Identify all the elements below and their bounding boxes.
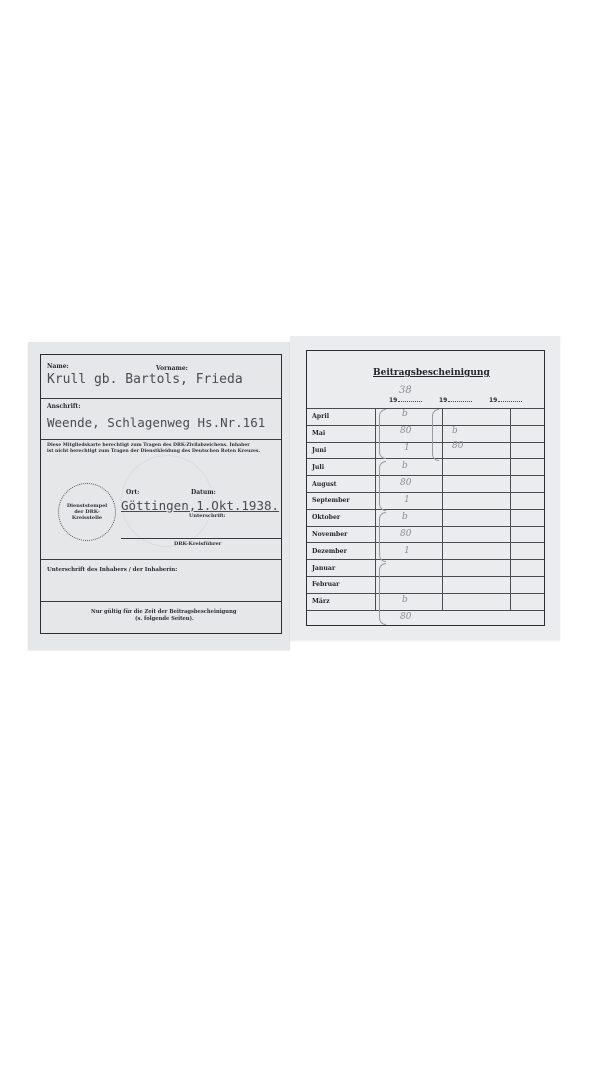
year-1-handwritten: 38 [399,385,412,396]
month-label: Dezember [307,543,375,560]
table-row: Februar [307,576,544,593]
mark: b [402,409,408,419]
col3-cell [510,409,544,426]
month-label: August [307,476,375,493]
date-label: Datum: [191,489,216,496]
table-row: Juni [307,442,544,459]
col2-cell [443,476,511,493]
mark: b [452,426,458,436]
mark: 80 [452,441,463,451]
handwritten-brace [379,512,386,562]
month-label: Mai [307,425,375,442]
month-label: Juni [307,442,375,459]
col2-cell [443,526,511,543]
holder-signature-label: Unterschrift des Inhabers / der Inhaberi… [47,567,177,573]
col2-cell [443,492,511,509]
mark: b [402,461,408,471]
col3-cell [510,509,544,526]
year-blank [398,395,422,402]
mark: 1 [404,495,410,505]
col2-cell [443,459,511,476]
col3-cell [510,526,544,543]
col3-cell [510,459,544,476]
table-row: Dezember [307,543,544,560]
month-label: März [307,593,375,610]
right-page-frame: Beitragsbescheinigung 19 38 19 19 April … [306,350,545,626]
month-label: Januar [307,560,375,577]
table-row: Mai [307,425,544,442]
year-3: 19 [489,395,522,404]
mark: b [402,595,408,605]
divider [41,559,281,560]
month-label: Februar [307,576,375,593]
table-row: Juli [307,459,544,476]
mark: b [402,512,408,522]
year-prefix: 19 [489,397,497,404]
left-page-frame: Name: Vorname: Krull gb. Bartols, Frieda… [40,354,282,634]
signature-line [121,538,281,539]
table-row: Oktober [307,509,544,526]
contribution-title: Beitragsbescheinigung [373,368,490,378]
col2-cell [443,593,511,610]
address-label: Anschrift: [47,403,80,410]
place-date-value: Göttingen,1.Okt.1938. [121,498,279,513]
official-stamp-circle: Dienststempel der DRK- Kreisstelle [58,483,116,541]
notice-line-2: ist nicht berechtigt zum Tragen der Dien… [47,449,260,455]
year-2: 19 [439,395,472,404]
col3-cell [510,543,544,560]
col3-cell [510,593,544,610]
col2-cell [443,576,511,593]
col2-cell [443,543,511,560]
table-row: Januar [307,560,544,577]
table-row: März [307,593,544,610]
year-blank [498,395,522,402]
first-name-label: Vorname: [156,365,188,372]
address-value: Weende, Schlagenweg Hs.Nr.161 [47,415,265,430]
mark: 80 [400,529,411,539]
year-prefix: 19 [439,397,447,404]
mark: 1 [404,443,410,453]
validity-line-1: Nur gültig für die Zeit der Beitragsbesc… [91,609,236,615]
place-label: Ort: [126,489,139,496]
mark: 80 [400,426,411,436]
divider [41,439,281,440]
handwritten-brace [379,461,386,511]
handwritten-brace [379,563,386,625]
name-label: Name: [47,363,69,370]
validity-line-2: (s. folgende Seiten). [135,616,194,622]
year-prefix: 19 [389,397,397,404]
signature-label: Unterschrift: [189,513,225,519]
left-page: Name: Vorname: Krull gb. Bartols, Frieda… [28,342,290,650]
col3-cell [510,476,544,493]
col3-cell [510,492,544,509]
month-label: November [307,526,375,543]
year-1: 19 [389,395,422,404]
holder-signature-line [41,601,281,602]
month-label: Oktober [307,509,375,526]
col2-cell [443,409,511,426]
table-row: September [307,492,544,509]
col3-cell [510,442,544,459]
col2-cell [443,509,511,526]
handwritten-brace [432,409,439,461]
leader-label: DRK-Kreisführer [174,541,221,547]
table-row: April [307,409,544,426]
col2-cell [443,560,511,577]
month-label: April [307,409,375,426]
col3-cell [510,576,544,593]
col3-cell [510,560,544,577]
name-value: Krull gb. Bartols, Frieda [47,372,243,387]
mark: 1 [404,546,410,556]
divider [41,398,281,399]
month-label: Juli [307,459,375,476]
monthly-contribution-table: April Mai Juni Juli August September Okt… [307,408,544,611]
mark: 80 [400,612,411,622]
handwritten-brace [379,409,386,459]
right-page: Beitragsbescheinigung 19 38 19 19 April … [290,336,560,640]
year-blank [448,395,472,402]
col3-cell [510,425,544,442]
table-row: November [307,526,544,543]
stamp-line-3: Kreisstelle [67,515,107,521]
month-label: September [307,492,375,509]
mark: 80 [400,478,411,488]
table-row: August [307,476,544,493]
